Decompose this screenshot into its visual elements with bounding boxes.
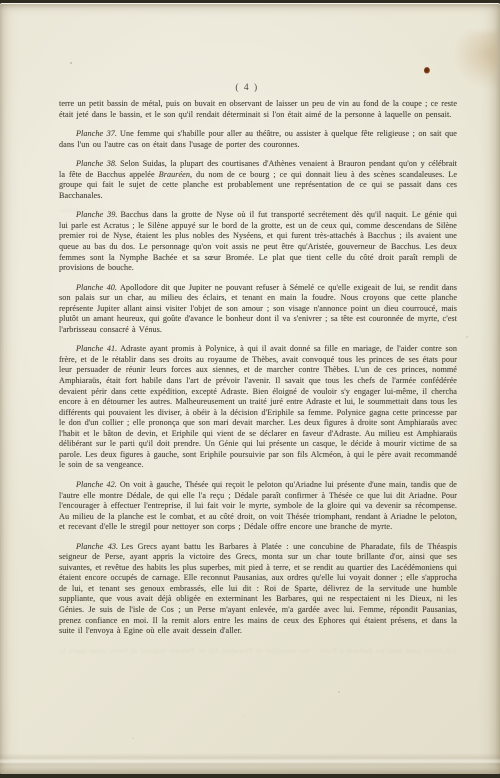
show-through-text: Bacchus dans la grotte de Nyse où il fut… [60, 206, 456, 217]
paragraph-continuation: terre un petit bassin de métal, puis on … [59, 99, 457, 120]
paper-speck [466, 336, 468, 338]
paragraph-italic-text: Brauréen [159, 170, 190, 179]
paragraph-text: Adraste ayant promis à Polynice, à qui i… [59, 344, 457, 469]
paragraph-text: Bacchus dans la grotte de Nyse où il fut… [59, 210, 457, 272]
paper-crease [0, 753, 500, 767]
paragraph-planche-39: Planche 39.Bacchus dans la grotte de Nys… [59, 210, 457, 273]
planche-label: Planche 37. [76, 129, 117, 138]
paper-sheet: ( 4 ) terre un petit bassin de métal, pu… [0, 3, 500, 774]
paragraph-text: Une femme qui s'habille pour aller au th… [59, 129, 457, 149]
show-through-text: Les Grecs ayant battu les Barbares à Pla… [60, 646, 456, 657]
planche-label: Planche 38. [76, 159, 117, 168]
text-block: terre un petit bassin de métal, puis on … [59, 99, 457, 646]
paper-speck [70, 62, 72, 64]
paper-speck [243, 715, 244, 716]
paragraph-text: terre un petit bassin de métal, puis on … [59, 99, 457, 119]
paragraph-planche-40: Planche 40.Apollodore dit que Jupiter ne… [59, 283, 457, 336]
planche-label: Planche 40. [76, 283, 117, 292]
ink-spot [424, 67, 430, 74]
planche-label: Planche 42. [76, 480, 117, 489]
paragraph-planche-41: Planche 41.Adraste ayant promis à Polyni… [59, 344, 457, 471]
paragraph-text: Apollodore dit que Jupiter ne pouvant re… [59, 283, 457, 334]
page-number: ( 4 ) [0, 83, 494, 93]
planche-label: Planche 43. [76, 542, 118, 551]
paragraph-planche-38: Planche 38.Selon Suidas, la plupart des … [59, 159, 457, 201]
paragraph-planche-42: Planche 42.On voit à gauche, Thésée qui … [59, 480, 457, 533]
scanned-book-page: ( 4 ) terre un petit bassin de métal, pu… [0, 0, 500, 778]
paper-stain [452, 31, 498, 89]
paper-speck [132, 738, 134, 739]
planche-label: Planche 41. [76, 344, 117, 353]
paragraph-planche-43: Planche 43.Les Grecs ayant battu les Bar… [59, 542, 457, 637]
paragraph-text: On voit à gauche, Thésée qui reçoit le p… [59, 480, 457, 531]
paragraph-planche-37: Planche 37.Une femme qui s'habille pour … [59, 129, 457, 150]
paragraph-text: Les Grecs ayant battu les Barbares à Pla… [59, 542, 457, 635]
paper-speck [338, 691, 340, 693]
